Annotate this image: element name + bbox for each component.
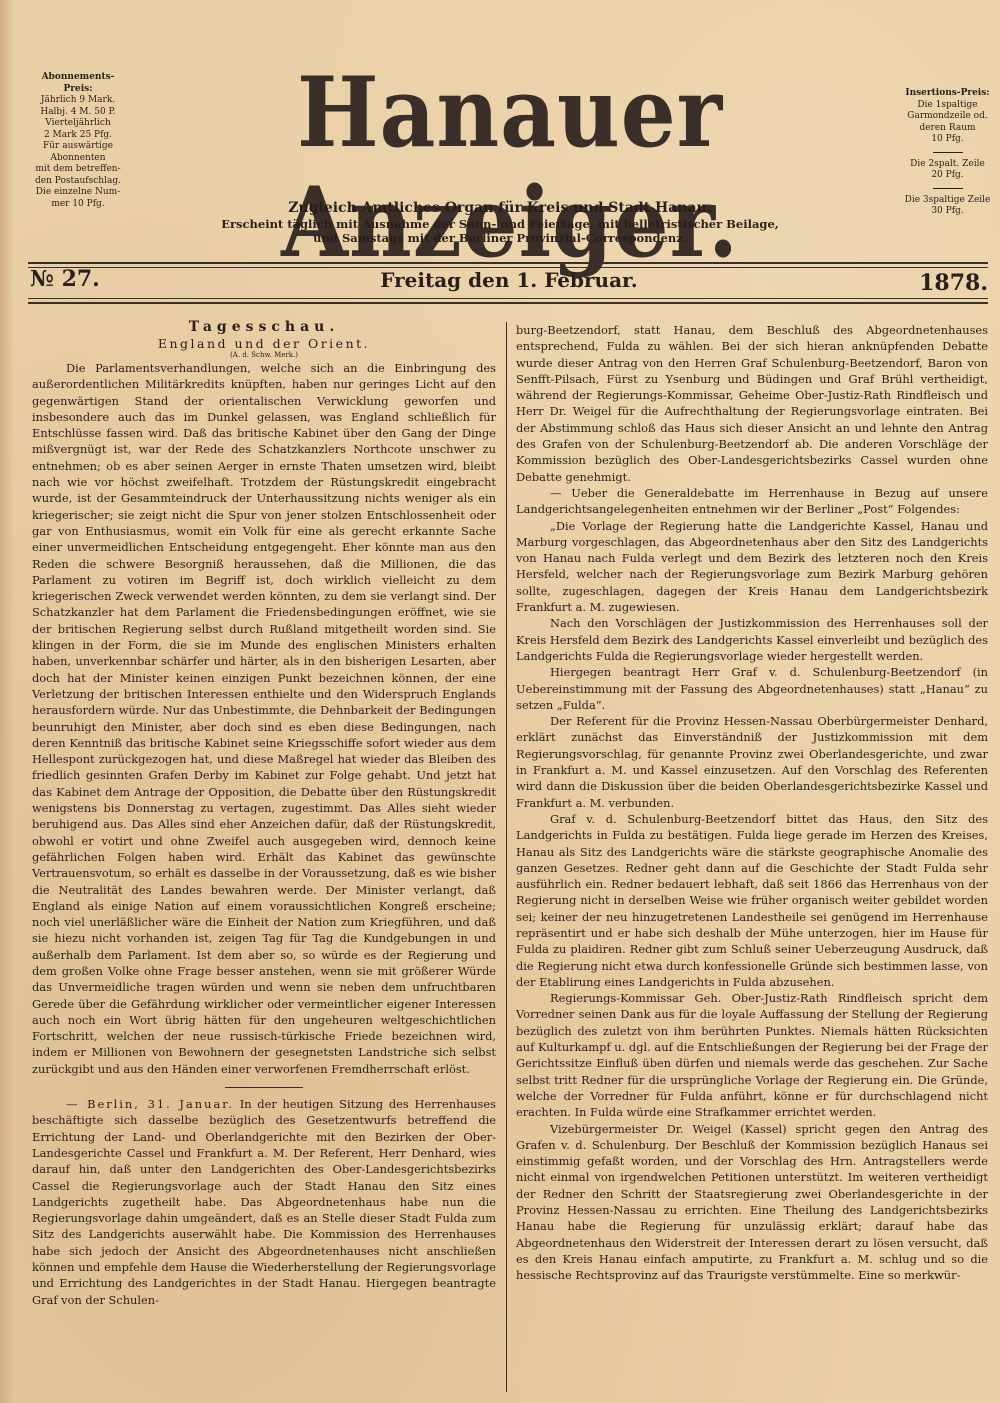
subtitle-supplement: und Samstags mit der Berliner Provinzial… — [180, 231, 820, 245]
insertion-line: Die 1spaltige — [900, 100, 995, 112]
insertion-line: deren Raum — [900, 123, 995, 135]
subscription-line: mit dem betreffen- — [28, 164, 128, 176]
berlin-dateline: — Berlin, 31. Januar. — [66, 1097, 234, 1111]
subscription-line: Abonnenten — [28, 153, 128, 165]
article-paragraph: — Ueber die Generaldebatte im Herrenhaus… — [516, 485, 988, 518]
article-title: England und der Orient. — [32, 336, 496, 351]
insertion-heading: Insertions-Preis: — [900, 88, 995, 100]
subscription-line: Halbj. 4 M. 50 P. — [28, 107, 128, 119]
newspaper-title: Hanauer Anzeiger. — [195, 58, 825, 278]
insertion-line: 20 Pfg. — [900, 170, 995, 182]
insertion-line: 30 Pfg. — [900, 206, 995, 218]
masthead-subtitle: Zugleich Amtliches Organ für Kreis und S… — [180, 200, 820, 245]
insertion-price-box: Insertions-Preis: Die 1spaltige Garmondz… — [900, 88, 995, 218]
subscription-line: Jährlich 9 Mark. — [28, 95, 128, 107]
subscription-line: 2 Mark 25 Pfg. — [28, 130, 128, 142]
subscription-heading: Abonnements-Preis: — [28, 72, 128, 95]
insertion-line: Garmondzeile od. — [900, 111, 995, 123]
ear-divider — [933, 152, 963, 153]
issue-dateline: № 27. Freitag den 1. Februar. 1878. — [30, 266, 988, 296]
article-source: (A. d. Schw. Merk.) — [32, 351, 496, 360]
insertion-line: 10 Pfg. — [900, 134, 995, 146]
left-column: Tagesschau. England und der Orient. (A. … — [32, 318, 496, 1308]
column-divider — [506, 322, 507, 1392]
masthead-rule-bottom — [28, 298, 988, 304]
subscription-price-box: Abonnements-Preis: Jährlich 9 Mark. Halb… — [28, 72, 128, 210]
page-edge-shadow — [0, 0, 14, 1403]
insertion-line: Die 2spalt. Zeile — [900, 159, 995, 171]
article-paragraph: Der Referent für die Provinz Hessen-Nass… — [516, 713, 988, 811]
newspaper-page: Abonnements-Preis: Jährlich 9 Mark. Halb… — [0, 0, 1000, 1403]
subtitle-publication-schedule: Erscheint täglich mit Ausnahme der Sonn-… — [180, 217, 820, 231]
article-paragraph: Vizebürgermeister Dr. Weigel (Kassel) sp… — [516, 1121, 988, 1284]
article-paragraph: burg-Beetzendorf, statt Hanau, dem Besch… — [516, 322, 988, 485]
subscription-line: mer 10 Pfg. — [28, 199, 128, 211]
ear-divider — [933, 188, 963, 189]
article-paragraph: Regierungs-Kommissar Geh. Ober-Justiz-Ra… — [516, 990, 988, 1120]
article-paragraph: Graf v. d. Schulenburg-Beetzendorf bitte… — [516, 811, 988, 990]
section-title-tagesschau: Tagesschau. — [32, 318, 496, 336]
subscription-line: Die einzelne Num- — [28, 187, 128, 199]
article-paragraph: Hiergegen beantragt Herr Graf v. d. Schu… — [516, 664, 988, 713]
insertion-line: Die 3spaltige Zeile — [900, 195, 995, 207]
article-paragraph: Nach den Vorschlägen der Justizkommissio… — [516, 615, 988, 664]
subtitle-official-organ: Zugleich Amtliches Organ für Kreis und S… — [180, 200, 820, 217]
subscription-line: Für auswärtige — [28, 141, 128, 153]
berlin-paragraph: In der heutigen Sitzung des Herrenhauses… — [32, 1097, 496, 1307]
article-separator — [225, 1087, 303, 1088]
right-column: burg-Beetzendorf, statt Hanau, dem Besch… — [516, 322, 988, 1284]
issue-year: 1878. — [919, 270, 988, 296]
subscription-line: den Postaufschlag. — [28, 176, 128, 188]
article-paragraph: Die Parlamentsverhandlungen, welche sich… — [32, 360, 496, 1077]
subscription-line: Vierteljährlich — [28, 118, 128, 130]
berlin-report: — Berlin, 31. Januar. In der heutigen Si… — [32, 1096, 496, 1308]
article-paragraph: „Die Vorlage der Regierung hatte die Lan… — [516, 518, 988, 616]
issue-date: Freitag den 1. Februar. — [30, 268, 988, 292]
